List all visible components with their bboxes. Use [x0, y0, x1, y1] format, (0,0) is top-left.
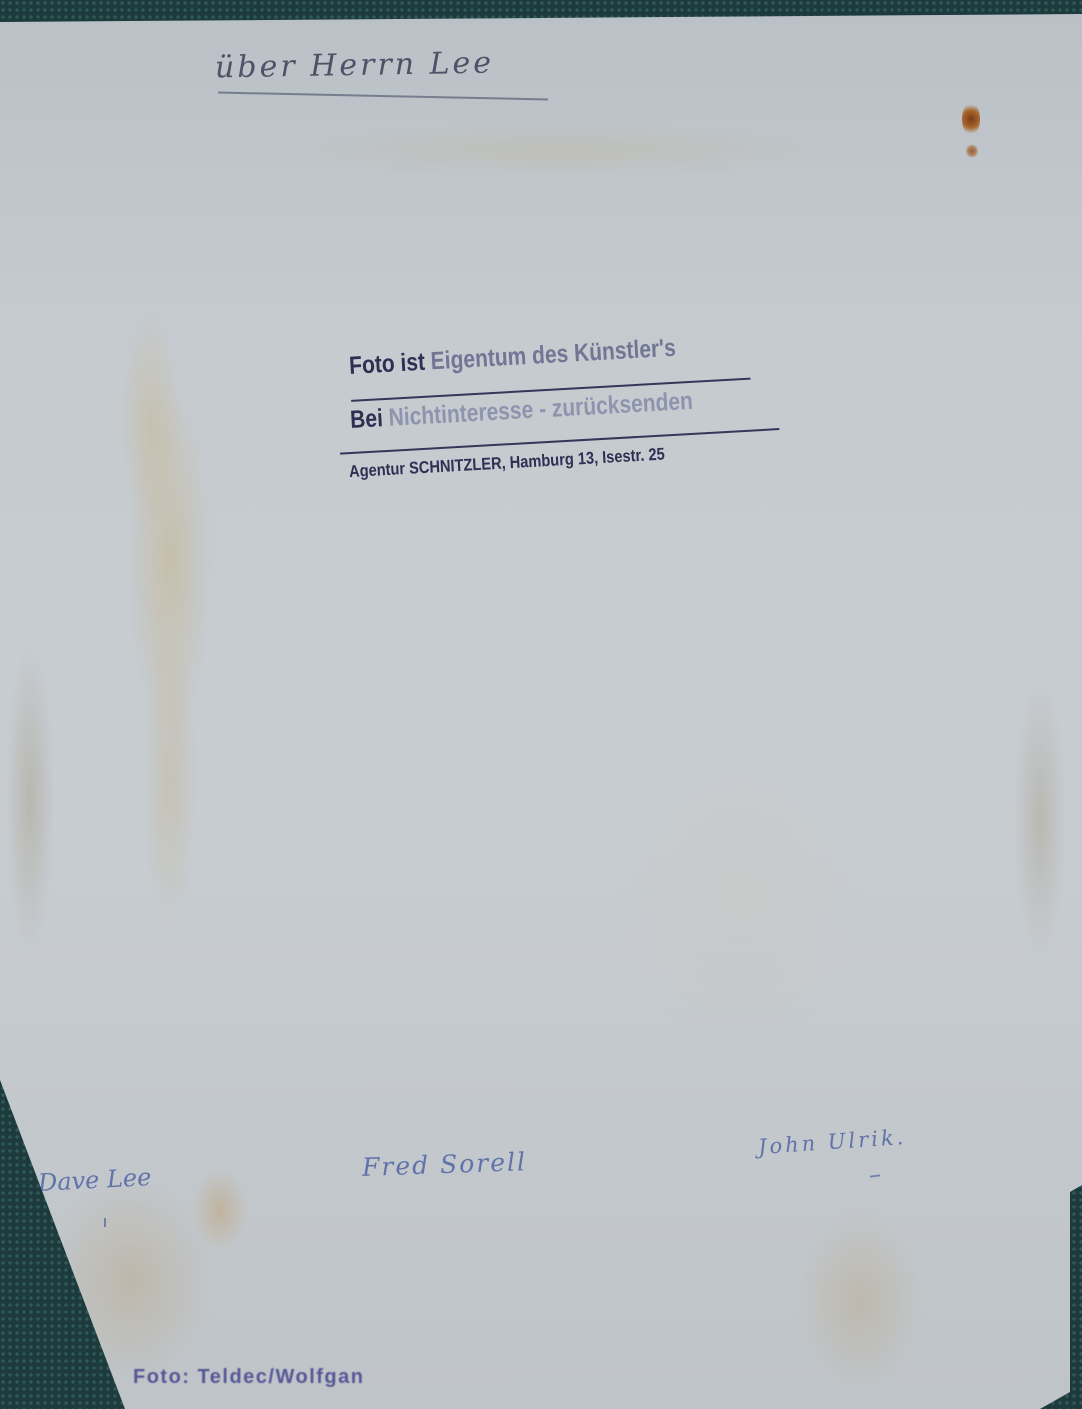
- position-mark-2: [870, 1174, 880, 1177]
- handwritten-name-fred-sorell: Fred Sorell: [362, 1147, 528, 1182]
- photo-back-paper: über Herrn Lee Foto ist Eigentum des Kün…: [0, 0, 1082, 1409]
- rubber-stamp: Foto ist Eigentum des Künstler's Bei Nic…: [330, 319, 798, 504]
- photo-credit-stamp: Foto: Teldec/Wolfgan: [133, 1366, 364, 1389]
- stamp-line-2: Bei Nichtinteresse - zurücksenden: [349, 387, 693, 435]
- rust-stain: [962, 102, 980, 136]
- handwritten-heading: über Herrn Lee: [215, 46, 495, 86]
- rust-stain: [966, 144, 978, 158]
- stamp-line-1-faded: Eigentum des Künstler's: [430, 334, 677, 376]
- stamp-line-2-dark: Bei: [349, 404, 389, 434]
- stamp-line-1-dark: Foto ist: [348, 347, 431, 380]
- stamp-line-1: Foto ist Eigentum des Künstler's: [348, 334, 676, 381]
- handwritten-name-dave-lee: Dave Lee: [37, 1163, 152, 1197]
- handwritten-name-john-ulrik: John Ulrik.: [757, 1125, 907, 1159]
- heading-underline: [218, 92, 548, 101]
- stamp-line-2-faded: Nichtinteresse - zurücksenden: [388, 387, 694, 432]
- position-mark-1: [104, 1218, 106, 1227]
